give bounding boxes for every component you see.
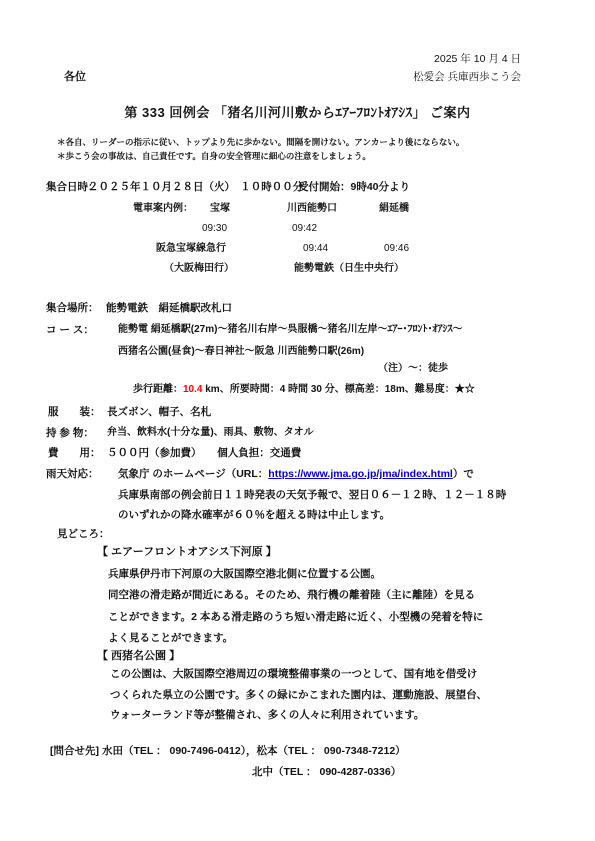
clothing-label: 服 装： xyxy=(48,406,101,419)
train-guide-label: 電車案内例： xyxy=(133,203,193,215)
rain-policy-line-2: 兵庫県南部の例会前日１１時発表の天気予報で、翌日０６－１２時、１２－１８時 xyxy=(118,489,506,502)
course-line-2: 西猪名公園(昼食)～春日神社～阪急 川西能勢口駅(26m) xyxy=(118,346,364,358)
document-title: 第 333 回例会 「猪名川河川敷からｴｱｰﾌﾛﾝﾄｵｱｼｽ」 ご案内 xyxy=(0,105,595,121)
contact-line-2: 北中（TEL ： 090-4287-0336） xyxy=(252,766,401,779)
train-destination-umeda: （大阪梅田行） xyxy=(164,263,234,275)
highlight-spot1-line-4: よく見ることができます。 xyxy=(108,632,233,645)
highlight-spot1-line-3: ことができます。2 本ある滑走路のうち短い滑走路に近く、小型機の発着を特に xyxy=(108,611,483,624)
station-takarazuka: 宝塚 xyxy=(210,203,230,215)
time-kinunobebashi-arr: 09:46 xyxy=(384,243,409,255)
contact-label: [問合せ先] xyxy=(50,745,99,758)
document-page: 2025 年 10 月 4 日 各位 松愛会 兵庫西歩こう会 第 333 回例会… xyxy=(0,0,595,841)
time-kawanishi-dep: 09:44 xyxy=(303,243,328,255)
highlight-spot2-line-2: つくられた県立の公園です。多くの緑にかこまれた園内は、運動施設、展望台、 xyxy=(110,689,487,702)
reception-start: 受付開始：9時40分より xyxy=(298,181,410,194)
highlight-spot2-line-3: ウォーターランド等が整備され、多くの人々に利用されています。 xyxy=(110,709,424,722)
train-line-nose: 能勢電鉄（日生中央行） xyxy=(294,263,404,275)
jma-url-link[interactable]: https://www.jma.go.jp/jma/index.html xyxy=(268,468,453,480)
course-label: コ ー ス： xyxy=(46,324,94,337)
time-kawanishi-arr: 09:42 xyxy=(292,223,317,235)
meeting-place-value: 能勢電鉄 絹延橋駅改札口 xyxy=(106,302,232,315)
course-line-1: 能勢電 絹延橋駅(27m)～猪名川右岸～呉服橋～猪名川左岸～ｴｱｰ･ﾌﾛﾝﾄ･ｵ… xyxy=(118,324,462,336)
walk-stats: 歩行距離：10.4 km、所要時間：4 時間 30 分、標高差：18m、難易度：… xyxy=(133,384,475,396)
train-line-hankyu: 阪急宝塚線急行 xyxy=(156,243,226,255)
caution-note-2: ＊歩こう会の事故は、自己責任です。自身の安全管理に細心の注意をしましょう。 xyxy=(57,151,371,161)
highlight-spot1-line-2: 同空港の滑走路が間近にある。そのため、飛行機の離着陸（主に離陸）を見る xyxy=(108,589,475,602)
meeting-datetime-value: ２０２５年１０月２８日（火） １０時００分 xyxy=(88,181,303,194)
highlight-spot2-line-1: この公園は、大阪国際空港周辺の環境整備事業の一つとして、国有地を借受け xyxy=(110,668,477,681)
highlights-label: 見どころ： xyxy=(57,528,110,541)
rain-policy-suffix: ）で xyxy=(453,468,474,480)
walk-distance-label: 歩行距離： xyxy=(133,384,183,395)
rain-policy-prefix: 気象庁 のホームページ（URL： xyxy=(118,468,268,480)
highlight-spot2-title: 【 西猪名公園 】 xyxy=(97,650,180,663)
cost-label: 費 用： xyxy=(48,447,101,460)
clothing-value: 長ズボン、帽子、名札 xyxy=(107,406,211,419)
rain-policy-line-1: 気象庁 のホームページ（URL：https://www.jma.go.jp/jm… xyxy=(118,468,474,481)
salutation: 各位 xyxy=(64,71,86,84)
station-kawanishi: 川西能勢口 xyxy=(287,203,337,215)
document-date: 2025 年 10 月 4 日 xyxy=(434,53,521,66)
highlight-spot1-title: 【 エアーフロントオアシス下河原 】 xyxy=(97,546,277,559)
walk-distance-value: 10.4 xyxy=(183,384,202,395)
highlight-spot1-line-1: 兵庫県伊丹市下河原の大阪国際空港北側に位置する公園。 xyxy=(108,568,381,581)
walk-stats-rest: km、所要時間：4 時間 30 分、標高差：18m、難易度：★☆ xyxy=(202,384,474,395)
rain-policy-line-3: のいずれかの降水確率が６０％を超える時は中止します。 xyxy=(118,509,390,522)
station-kinunobebashi: 絹延橋 xyxy=(379,203,409,215)
walk-note: （注）～：徒歩 xyxy=(378,363,448,375)
contact-line-1: 水田（TEL ： 090-7496-0412），松本（TEL ： 090-734… xyxy=(102,745,406,758)
belongings-label: 持 参 物： xyxy=(46,427,94,440)
rain-policy-label: 雨天対応： xyxy=(46,468,99,481)
meeting-place-label: 集合場所： xyxy=(46,302,99,315)
time-takarazuka-dep: 09:30 xyxy=(202,223,227,235)
cost-value: ５００円（参加費） 個人負担：交通費 xyxy=(107,447,301,460)
belongings-value: 弁当、飲料水(十分な量)、雨具、敷物、タオル xyxy=(107,427,314,439)
caution-note-1: ＊各自、リーダーの指示に従い、トップより先に歩かない。間隔を開けない。アンカーよ… xyxy=(57,137,464,147)
organization-name: 松愛会 兵庫西歩こう会 xyxy=(413,71,521,84)
